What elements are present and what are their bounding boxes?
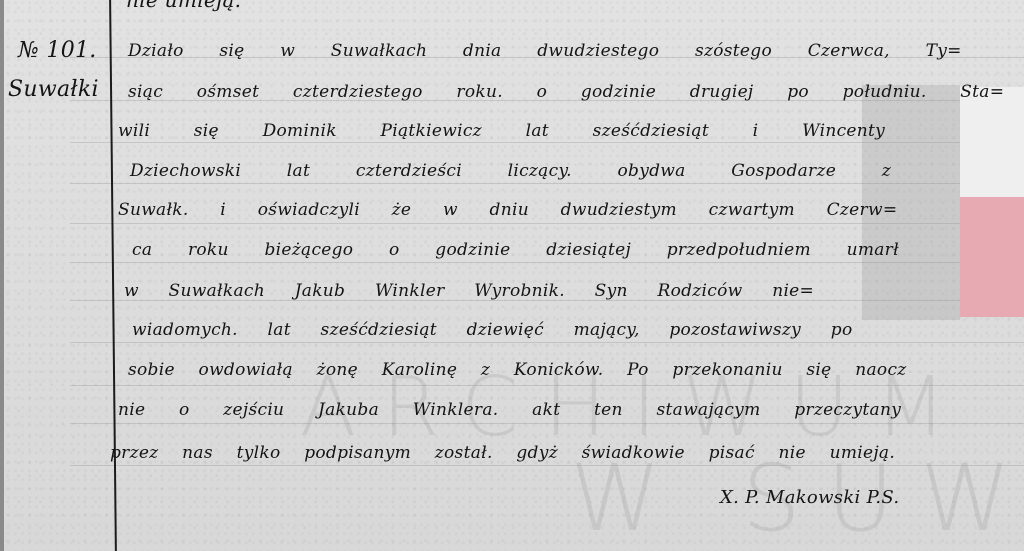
- record-line: Suwałk. i oświadczyli że w dniu dwudzies…: [118, 200, 897, 220]
- record-line: nie o zejściu Jakuba Winklera. akt ten s…: [118, 400, 901, 420]
- record-line: siąc ośmset czterdziestego roku. o godzi…: [128, 82, 1004, 102]
- record-line: w Suwałkach Jakub Winkler Wyrobnik. Syn …: [124, 281, 814, 301]
- ruled-line: [70, 342, 1024, 343]
- previous-entry-tail: nie umieją.: [126, 0, 241, 12]
- record-line: wili się Dominik Piątkiewicz lat sześćdz…: [118, 121, 885, 141]
- record-line: wiadomych. lat sześćdziesiąt dziewięć ma…: [132, 320, 853, 340]
- record-line: ca roku bieżącego o godzinie dziesiątej …: [132, 240, 899, 260]
- margin-place: Suwałki: [8, 77, 99, 102]
- margin-rule: [109, 0, 117, 551]
- document-scan: ARCHIWUM W SUWA nie umieją. № 101. Suwał…: [0, 0, 1024, 551]
- registrar-signature: X. P. Makowski P.S.: [720, 487, 899, 508]
- page-edge: [0, 0, 4, 551]
- scan-overlay-white: [960, 87, 1024, 197]
- record-line: Dziechowski lat czterdzieści liczący. ob…: [130, 161, 891, 181]
- record-line: przez nas tylko podpisanym został. gdyż …: [110, 443, 895, 463]
- scan-overlay-pink: [960, 197, 1024, 317]
- record-line: Działo się w Suwałkach dnia dwudziestego…: [128, 41, 962, 61]
- entry-number: № 101.: [18, 38, 97, 63]
- record-line: sobie owdowiałą żonę Karolinę z Konicków…: [128, 360, 907, 380]
